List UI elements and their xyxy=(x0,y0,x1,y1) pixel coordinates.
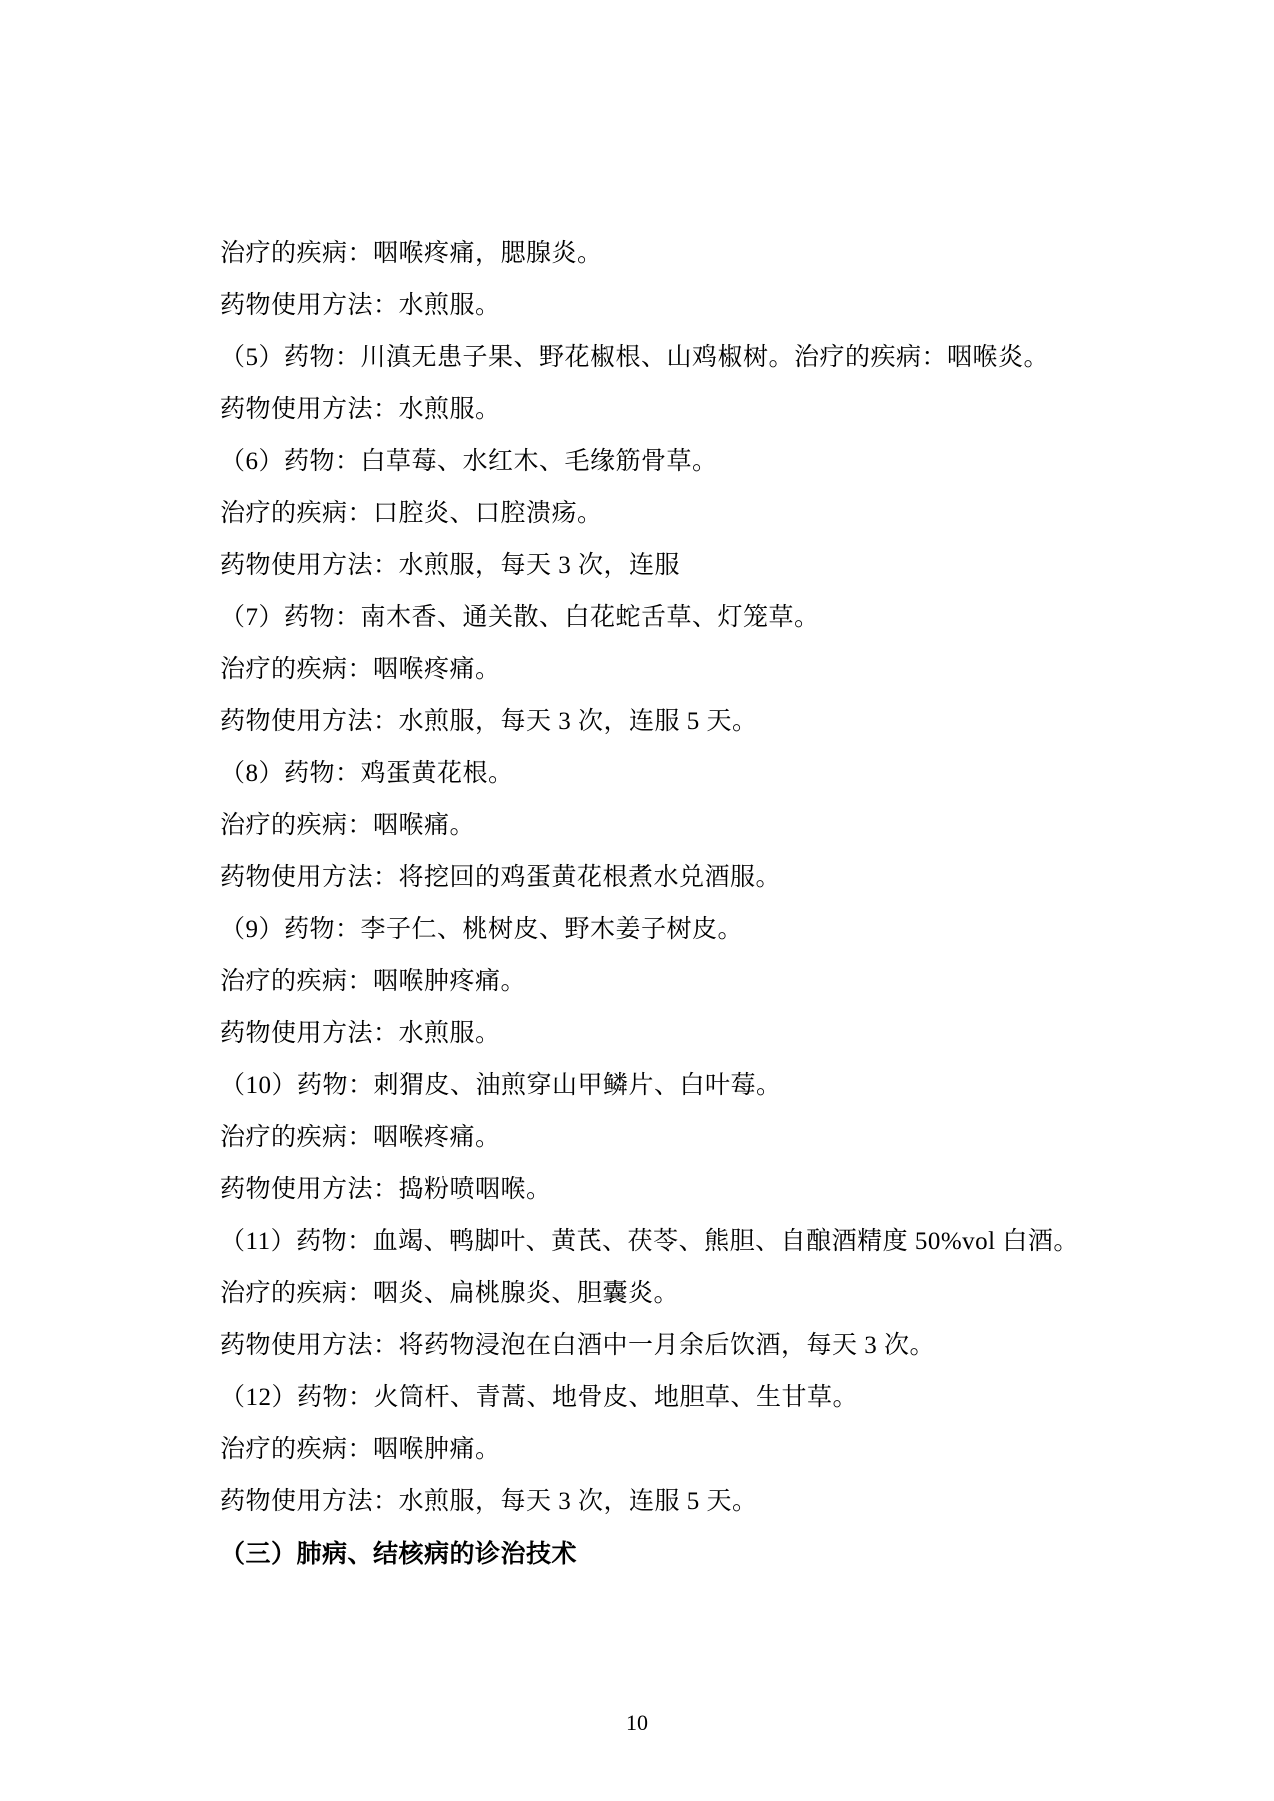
doc-line-item: （11）药物：血竭、鸭脚叶、黄芪、茯苓、熊胆、自酿酒精度 50%vol 白酒。 xyxy=(220,1216,1140,1268)
doc-line: 药物使用方法：水煎服，每天 3 次，连服 5 天。 xyxy=(220,1476,1140,1528)
doc-line-item: （5）药物：川滇无患子果、野花椒根、山鸡椒树。治疗的疾病：咽喉炎。 xyxy=(220,332,1140,384)
doc-line-item: （7）药物：南木香、通关散、白花蛇舌草、灯笼草。 xyxy=(220,592,1140,644)
doc-line: 药物使用方法：水煎服。 xyxy=(220,384,1140,436)
section-heading: （三）肺病、结核病的诊治技术 xyxy=(220,1528,1140,1580)
doc-line-item: （9）药物：李子仁、桃树皮、野木姜子树皮。 xyxy=(220,904,1140,956)
doc-line: 治疗的疾病：咽喉肿痛。 xyxy=(220,1424,1140,1476)
page-number: 10 xyxy=(0,1706,1274,1740)
doc-line: 治疗的疾病：咽喉肿疼痛。 xyxy=(220,956,1140,1008)
doc-line-item: （8）药物：鸡蛋黄花根。 xyxy=(220,748,1140,800)
doc-line-item: （10）药物：刺猬皮、油煎穿山甲鳞片、白叶莓。 xyxy=(220,1060,1140,1112)
doc-line: 药物使用方法：水煎服，每天 3 次，连服 xyxy=(220,540,1140,592)
doc-line: 药物使用方法：水煎服。 xyxy=(220,280,1140,332)
doc-line: 药物使用方法：将药物浸泡在白酒中一月余后饮酒，每天 3 次。 xyxy=(220,1320,1140,1372)
doc-line: 治疗的疾病：咽炎、扁桃腺炎、胆囊炎。 xyxy=(220,1268,1140,1320)
doc-line: 治疗的疾病：咽喉痛。 xyxy=(220,800,1140,852)
doc-line: 治疗的疾病：咽喉疼痛。 xyxy=(220,644,1140,696)
document-body: 治疗的疾病：咽喉疼痛，腮腺炎。 药物使用方法：水煎服。 （5）药物：川滇无患子果… xyxy=(220,228,1140,1580)
doc-line: 药物使用方法：捣粉喷咽喉。 xyxy=(220,1164,1140,1216)
doc-line: 治疗的疾病：咽喉疼痛，腮腺炎。 xyxy=(220,228,1140,280)
doc-line-item: （12）药物：火筒杆、青蒿、地骨皮、地胆草、生甘草。 xyxy=(220,1372,1140,1424)
doc-line: 治疗的疾病：口腔炎、口腔溃疡。 xyxy=(220,488,1140,540)
doc-line: 治疗的疾病：咽喉疼痛。 xyxy=(220,1112,1140,1164)
doc-line: 药物使用方法：水煎服，每天 3 次，连服 5 天。 xyxy=(220,696,1140,748)
doc-line: 药物使用方法：将挖回的鸡蛋黄花根煮水兑酒服。 xyxy=(220,852,1140,904)
document-page: 治疗的疾病：咽喉疼痛，腮腺炎。 药物使用方法：水煎服。 （5）药物：川滇无患子果… xyxy=(0,0,1274,1801)
doc-line-item: （6）药物：白草莓、水红木、毛缘筋骨草。 xyxy=(220,436,1140,488)
doc-line: 药物使用方法：水煎服。 xyxy=(220,1008,1140,1060)
